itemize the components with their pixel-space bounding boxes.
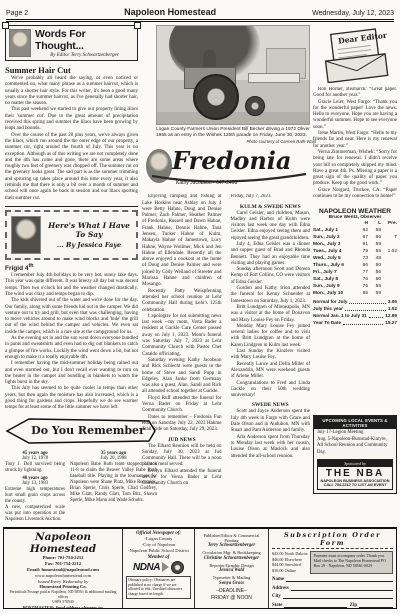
fredonia-logo-block: Fredonia Kathy Jacobson • 647-2408	[142, 146, 310, 190]
news-paragraph: Recently Patty Weispfenning attended her…	[142, 289, 222, 314]
article-paragraph: This July has seemed to be quite cooler …	[5, 386, 138, 411]
weather-observer: Bruce Wentz, Observer	[313, 215, 397, 220]
address-label: Address	[272, 586, 289, 591]
staff-name: Jessica Wald	[198, 568, 265, 574]
letter-paragraph: Grace Norgard, Truckee, CA: “Paper conti…	[313, 188, 397, 201]
summary-label: July this year	[313, 305, 343, 312]
summer-hair-cut-body: We've probably all heard the saying, or …	[5, 76, 138, 202]
news-paragraph: The Elhard Reunion will be held on Sunda…	[142, 444, 222, 469]
news-paragraph: July 4, Edna Geisler was a dinner and su…	[231, 242, 311, 267]
staff-role: Publisher/Editor & Commercial Printing	[198, 533, 265, 544]
summary-value: 15.27	[385, 319, 397, 326]
staff-name: Sonya Gross	[198, 581, 265, 587]
summary-label: Normal Jan. 1 to July 31	[313, 312, 367, 319]
news-paragraph: Congratulations to Fred and Linda Gackle…	[231, 381, 311, 400]
weather-precip: 1.02	[381, 249, 397, 256]
masthead-contact-section: Napoleon Homestead Phone: 701-754-2212 F…	[4, 529, 122, 608]
newspaper-title: Napoleon Homestead	[124, 7, 216, 17]
member-of-label: Member of	[126, 555, 191, 560]
address-field[interactable]	[291, 590, 393, 591]
news-paragraph: Enjoying camping and fishing at Lake Hos…	[142, 194, 222, 288]
words-for-thought-title: Words For Thought...	[35, 28, 134, 52]
swede-news-heading: SWEDE NEWS	[231, 402, 311, 408]
staff-list: Publisher/Editor & Commercial Printing T…	[198, 533, 265, 587]
years-ago-date: July 13, 1983	[5, 481, 65, 486]
article-paragraph: As the evening set in and the sun went d…	[5, 336, 138, 361]
dot-leader	[349, 303, 385, 304]
letter-paragraph: Irene Martin, West Fargo: “Hello to my f…	[313, 131, 397, 150]
events-list: July 17-Legion MeetingAug. 5-Napoleon-Bu…	[314, 429, 396, 456]
jessica-column-byline: ... By Jessica Faye	[46, 241, 132, 249]
weather-summary-row: Normal for July 3.05	[313, 298, 397, 305]
staff-name: Terry Schwartzenberger	[198, 543, 265, 549]
staff-entry: Circulation Mgr. & Bookkeeping Christine…	[198, 550, 265, 561]
left-column: Words For Thought... By Editor Terry Sch…	[5, 25, 138, 523]
page-header: Page 2 Napoleon Homestead Wednesday, Jul…	[6, 7, 394, 20]
weather-report: NAPOLEON WEATHER Bruce Wentz, Observer H…	[313, 208, 397, 326]
weather-low: 55	[368, 284, 381, 291]
association-seal-icon	[171, 561, 184, 574]
weather-rows: Sat., July 1 82 58 Sun., July 2 87 66 T …	[313, 228, 397, 298]
weather-low: 59	[368, 291, 381, 298]
news-column-a: Enjoying camping and fishing at Lake Hos…	[142, 194, 222, 514]
staff-entry: Typesetter & Mailing Sonya Gross	[198, 575, 265, 586]
sponsored-by-label: Sponsored by	[318, 460, 392, 467]
frigid-4th-body: I remember July 4th holidays to be very …	[5, 273, 138, 412]
right-column: Dear Editor Ron Horner, Bismarck: “Great…	[313, 25, 397, 523]
official-item: -Napoleon Public School District	[126, 548, 191, 554]
ndna-logo-row: NDNA	[126, 561, 191, 574]
jud-news-body: The Elhard Reunion will be held on Sunda…	[142, 444, 222, 488]
weather-day: Fri., July 7	[313, 270, 355, 277]
staff-name: Christine Schwartzenberger	[198, 556, 265, 562]
weather-high: 76	[355, 284, 368, 291]
city-field[interactable]	[283, 598, 393, 599]
news-paragraph: Floyd Ruff attended the funeral for Vern…	[142, 396, 222, 415]
masthead-paper-name: Napoleon Homestead	[7, 531, 119, 555]
rate-item: $43.00 North Dakota	[272, 551, 307, 557]
article-paragraph: Over the course of the past 20 plus year…	[5, 133, 138, 202]
news-paragraph: Saturday evening Kathy Jacobson and Rick…	[142, 358, 222, 396]
photo-rear-wheel	[193, 74, 239, 120]
photo-credit: Photo courtesy of Carmen Rath-Wald	[156, 139, 316, 144]
article-paragraph: I remember July 4th holidays to be very …	[5, 273, 138, 298]
jessica-photo	[11, 216, 41, 254]
event-item: July 17-Legion Meeting	[314, 429, 396, 436]
weather-precip	[381, 256, 397, 263]
state-field[interactable]	[284, 607, 346, 608]
obituary-policy: Obituary policy: Obituaries are publishe…	[126, 576, 191, 599]
weather-precip	[381, 277, 397, 284]
news-paragraph: Recently Lance and Della Miller of Alexa…	[231, 362, 311, 381]
photo-driver	[203, 50, 217, 70]
summary-label: Year To Date	[313, 319, 341, 326]
envelope-icon: Dear Editor	[320, 27, 390, 83]
weather-day: Sun., July 9	[313, 284, 355, 291]
form-line-address: Address	[272, 586, 393, 591]
years-ago-entry: 45 years ago July 12, 1978 Tony J. Doll …	[5, 451, 65, 474]
weather-precip	[381, 291, 397, 298]
column-divider	[5, 206, 138, 207]
do-you-remember-title: Do You Remember	[27, 417, 149, 445]
name-field[interactable]	[286, 581, 393, 582]
deadline-note: –DEADLINE– FRIDAY @ NOON	[198, 588, 265, 601]
fredonia-contact: Kathy Jacobson • 647-2408	[176, 180, 237, 186]
weather-summary-row: July this year 1.02	[313, 305, 397, 312]
words-for-thought-byline: By Editor Terry Schwartzenberger	[35, 53, 134, 58]
weather-day: Mon., July 10	[313, 291, 355, 298]
masthead-official-section: Official Newspaper of: -Logan County-Cit…	[122, 529, 194, 608]
weather-row: Mon., July 10 85 59	[313, 291, 397, 298]
upcoming-events-box: Upcoming Local Events & Activities July …	[313, 415, 397, 494]
official-newspaper-list: -Logan County-City of Napoleon-Napoleon …	[126, 536, 191, 554]
weather-summary: Normal for July 3.05 July this year 1.02…	[313, 298, 397, 326]
years-ago-col-1: 45 years ago July 12, 1978 Tony J. Doll …	[5, 449, 65, 523]
summary-value: 12.99	[385, 312, 397, 319]
state-label: State	[272, 603, 282, 608]
sponsor-box: Sponsored by THE NBA Napoleon Business A…	[317, 459, 393, 490]
ndna-flag-shape	[162, 562, 169, 572]
summary-value: 1.02	[388, 305, 397, 312]
words-for-thought-box: Words For Thought... By Editor Terry Sch…	[5, 25, 138, 61]
staff-role: Circulation Mgr. & Bookkeeping	[198, 550, 265, 555]
dear-editor-graphic: Dear Editor	[313, 25, 397, 83]
payment-note: Payment must accompany order. Thank you.…	[310, 551, 393, 574]
news-columns: Enjoying camping and fishing at Lake Hos…	[142, 194, 310, 514]
rate-item: $39.00 Online	[272, 568, 307, 574]
photo-front-wheel	[245, 96, 265, 116]
kulm-swede-news-heading: KULM & SWEDE NEWS	[231, 204, 311, 210]
news-paragraph: Britt Lundgren of Minneapolis, MN was a …	[231, 305, 311, 324]
years-ago-date: July 12, 1978	[5, 456, 65, 461]
do-you-remember-banner: Do You Remember	[5, 417, 157, 445]
article-paragraph: This past weekend we started to give our…	[5, 107, 138, 132]
form-line-state-zip: State Zip	[272, 603, 393, 608]
fredonia-news-body: Enjoying camping and fishing at Lake Hos…	[142, 194, 222, 433]
subscription-rates: $43.00 North Dakota$46.00 Elsewhere$44.0…	[272, 551, 307, 574]
article-paragraph: The kids shivered out of the water and w…	[5, 298, 138, 336]
article-paragraph: We've probably all heard the saying, or …	[5, 76, 138, 107]
years-ago-section: 45 years ago July 12, 1978 Tony J. Doll …	[5, 449, 157, 523]
weather-high: 85	[355, 291, 368, 298]
article-heading-frigid-4th: Frigid 4th	[5, 263, 138, 272]
weather-day: Sat., July 8	[313, 277, 355, 284]
dot-leader	[345, 310, 386, 311]
staff-entry: Reporter/Graphic Design Jessica Wald	[198, 563, 265, 574]
dot-leader	[369, 317, 384, 318]
jud-news-heading: JUD NEWS	[142, 437, 222, 443]
news-paragraph: Arla Anderson spent from Thursday to Mon…	[231, 435, 311, 460]
fredonia-logo: Fredonia	[172, 146, 291, 175]
years-ago-text: Extreme high temperatures hurt small gra…	[5, 487, 65, 523]
masthead-staff-section: Publisher/Editor & Commercial Printing T…	[194, 529, 268, 608]
news-paragraph: Evelyn Elhard attended the funeral servi…	[142, 469, 222, 488]
weather-summary-row: Year To Date 15.27	[313, 319, 397, 326]
news-paragraph: Dates to remember - Fredonia Fun Run on …	[142, 415, 222, 434]
weather-row: Sun., July 9 76 55	[313, 284, 397, 291]
news-paragraph: I apologize for not submitting news last…	[142, 314, 222, 358]
years-ago-entry: 40 years ago July 13, 1983 Extreme high …	[5, 476, 65, 523]
summary-value: 3.05	[388, 298, 397, 305]
news-paragraph: Sunday afternoon Scott and Doreen Kemp o…	[231, 267, 311, 286]
news-paragraph: Last Sunday the Kinzlers visited with Ma…	[231, 349, 311, 362]
editor-photo	[9, 29, 31, 57]
letter-paragraph: Ron Horner, Bismarck: “Great paper. Good…	[313, 87, 397, 100]
weather-low: 50	[368, 263, 381, 270]
weather-row: Thurs., July 6 66 50	[313, 263, 397, 270]
jessica-column-title: Here's What I Have To Say	[46, 221, 132, 239]
col-precip: Pre.	[381, 221, 397, 228]
weather-day: Thurs., July 6	[313, 263, 355, 270]
ordinal-suffix: th	[28, 263, 33, 269]
ndna-logo: NDNA	[133, 562, 160, 573]
dot-leader	[343, 324, 383, 325]
weather-high: 66	[355, 263, 368, 270]
zip-label: Zip	[350, 603, 357, 608]
news-paragraph: Scott and Joyce Anderson spent the July …	[231, 409, 311, 434]
subscription-title: Subscription Order Form	[272, 531, 393, 549]
summary-label: Normal for July	[313, 298, 347, 305]
masthead-postmaster: POSTMASTER: Send address changes to:	[7, 605, 119, 608]
news-paragraph: Gordon and Kathy Irion attended the fune…	[231, 286, 311, 305]
photo-caption: Logan County Farmers Union President Bil…	[156, 127, 316, 144]
weather-high: 76	[355, 277, 368, 284]
letter-paragraph: Verna Zimmerman, Wishek: “Sorry for bein…	[313, 150, 397, 188]
masthead: Napoleon Homestead Phone: 701-754-2212 F…	[3, 527, 397, 609]
news-paragraph: Monday Mary Louise Fey joined several la…	[231, 324, 311, 349]
photo-banner	[248, 73, 300, 83]
jessica-faye-box: Here's What I Have To Say ... By Jessica…	[5, 210, 138, 260]
weather-precip: T	[381, 235, 397, 242]
parade-tractor-photo	[156, 25, 310, 125]
letter-paragraph: Gracie Leier, West Fargo: “Thank you for…	[313, 100, 397, 131]
nba-call-line: Call 754-2212 to list an event	[318, 483, 392, 487]
news-column-b: Friday, July 7, 2023. KULM & SWEDE NEWS …	[231, 194, 311, 514]
weather-precip	[381, 270, 397, 277]
weather-precip	[381, 263, 397, 270]
weather-high: 77	[355, 270, 368, 277]
event-item: Aug. 5-Napoleon-Burnstad-Kintyre, All Sc…	[314, 436, 396, 456]
city-label: City	[272, 594, 281, 599]
article-paragraph: I remember having the mid-summer holiday…	[5, 361, 138, 386]
events-title: Upcoming Local Events & Activities	[314, 416, 396, 429]
page-number: Page 2	[6, 10, 28, 17]
weather-summary-row: Normal Jan. 1 to July 31 12.99	[313, 312, 397, 319]
weather-precip	[381, 284, 397, 291]
header-rule	[6, 21, 394, 22]
nba-logo-text: THE NBA	[318, 468, 392, 479]
issue-date: Wednesday, July 12, 2023	[312, 10, 394, 17]
dear-editor-letters: Ron Horner, Bismarck: “Great paper. Good…	[313, 87, 397, 200]
page-content: Words For Thought... By Editor Terry Sch…	[0, 25, 400, 523]
zip-field[interactable]	[359, 607, 393, 608]
middle-column: Logan County Farmers Union President Bil…	[142, 25, 310, 514]
kulm-news-body: Carol Geisler, and children, Mason, Madl…	[231, 211, 311, 400]
news-paragraph: Carol Geisler, and children, Mason, Madl…	[231, 211, 311, 242]
subscription-form: Subscription Order Form $43.00 North Dak…	[268, 529, 396, 608]
staff-entry: Publisher/Editor & Commercial Printing T…	[198, 533, 265, 549]
masthead-postage: Periodicals Postage paid at Napoleon, ND…	[7, 590, 119, 600]
weather-low: 56	[368, 270, 381, 277]
name-label: Name	[272, 577, 284, 582]
continuation-line: Friday, July 7, 2023.	[231, 194, 311, 200]
weather-low: 50	[368, 277, 381, 284]
form-line-city: City	[272, 594, 393, 599]
years-ago-text: Tony J. Doll survived being struck by li…	[5, 462, 65, 474]
weather-row: Sat., July 8 76 50	[313, 277, 397, 284]
weather-row: Fri., July 7 77 56	[313, 270, 397, 277]
form-line-name: Name	[272, 577, 393, 582]
swede-news-body: Scott and Joyce Anderson spent the July …	[231, 409, 311, 459]
article-heading-summer-hair-cut: Summer Hair Cut	[5, 65, 138, 75]
